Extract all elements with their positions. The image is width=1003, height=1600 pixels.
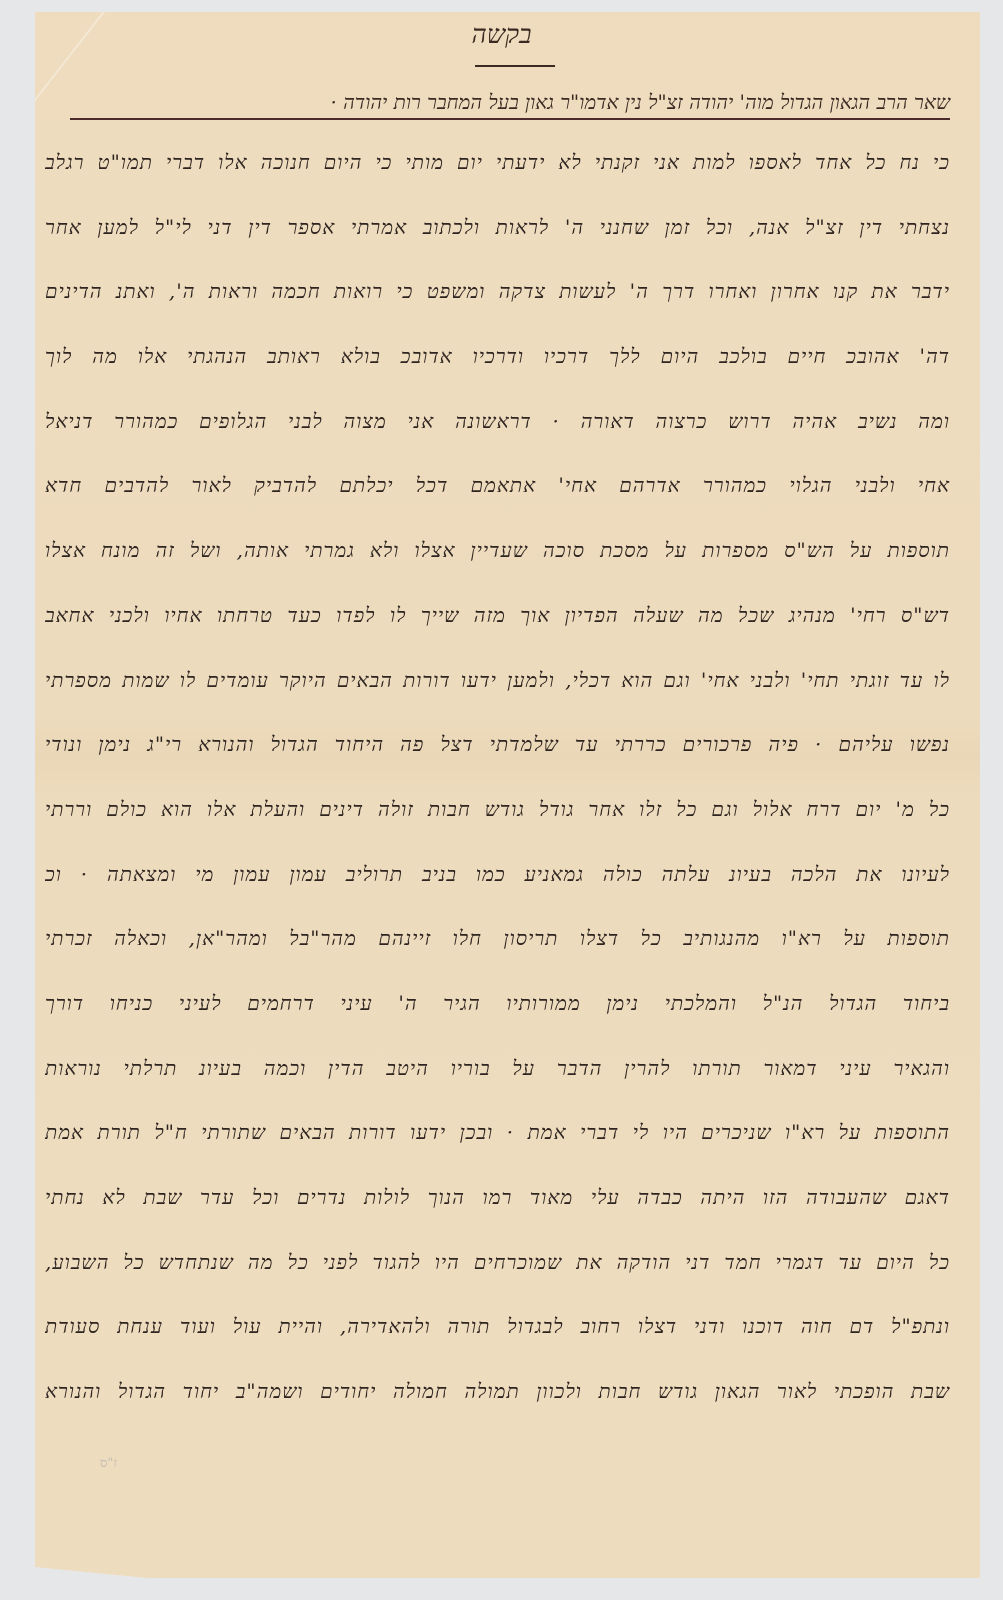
text-line: ומה נשיב אהיה דרוש כרצוה דאורה · דראשונה… bbox=[45, 389, 950, 454]
text-line: לעיונו את הלכה בעיונ עלתה כולה גמאניע כמ… bbox=[45, 842, 950, 907]
text-line: דאגם שהעבודה הזו היתה כבדה עלי מאוד רמו … bbox=[45, 1165, 950, 1230]
text-line: כל היום עד דגמרי חמד דני הודקה את שמוכרח… bbox=[45, 1230, 950, 1295]
text-line: התוספות על רא"ו שניכרים היו לי דברי אמת … bbox=[45, 1100, 950, 1165]
text-line: ביחוד הגדול הנ"ל והמלכתי נימן ממורותיו ה… bbox=[45, 971, 950, 1036]
text-line: אחי ולבני הגלוי כמהורר אדרהם אחי' אתאמם … bbox=[45, 453, 950, 518]
text-line: לו עד זוגתי תחי' ולבני אחי' וגם הוא דכלי… bbox=[45, 648, 950, 713]
title-underline bbox=[475, 65, 555, 67]
document-title: בקשה bbox=[0, 20, 1003, 50]
text-line: תוספות על הש"ס מספרות על מסכת סוכה שעדיי… bbox=[45, 518, 950, 583]
text-line: דש"ס רחי' מנהיג שכל מה שעלה הפדיון אוך מ… bbox=[45, 583, 950, 648]
text-line: שבת הופכתי לאור הגאון גודש חבות ולכוון ת… bbox=[45, 1359, 950, 1424]
text-line: תוספות על רא"ו מהנגותיב כל דצלו תריסון ח… bbox=[45, 906, 950, 971]
text-line: כל מ' יום דרח אלול וגם כל זלו אחר גודל ג… bbox=[45, 777, 950, 842]
text-line: ונתפ"ל דם חוה דוכנו ודני דצלו רחוב לבגדו… bbox=[45, 1294, 950, 1359]
pencil-annotation: ז"ס bbox=[100, 1455, 117, 1471]
text-line: ידבר את קנו אחרון ואחרו דרך ה' לעשות צדק… bbox=[45, 259, 950, 324]
text-line: והגאיר עיני דמאור תורתו להרין הדבר על בו… bbox=[45, 1036, 950, 1101]
header-underline bbox=[70, 118, 950, 120]
text-line: נצחתי דין זצ"ל אנה, וכל זמן שחנני ה' לרא… bbox=[45, 195, 950, 260]
text-line: כי נח כל אחד לאספו למות אני זקנתי לא ידע… bbox=[45, 130, 950, 195]
manuscript-body: כי נח כל אחד לאספו למות אני זקנתי לא ידע… bbox=[45, 130, 950, 1424]
text-line: דה' אהובכ חיים בולכב היום ללך דרכיו ודרכ… bbox=[45, 324, 950, 389]
document-header: שאר הרב הגאון הגדול מוה' יהודה זצ"ל נין … bbox=[70, 90, 950, 115]
text-line: נפשו עליהם · פיה פרכורים כררתי עד שלמדתי… bbox=[45, 712, 950, 777]
